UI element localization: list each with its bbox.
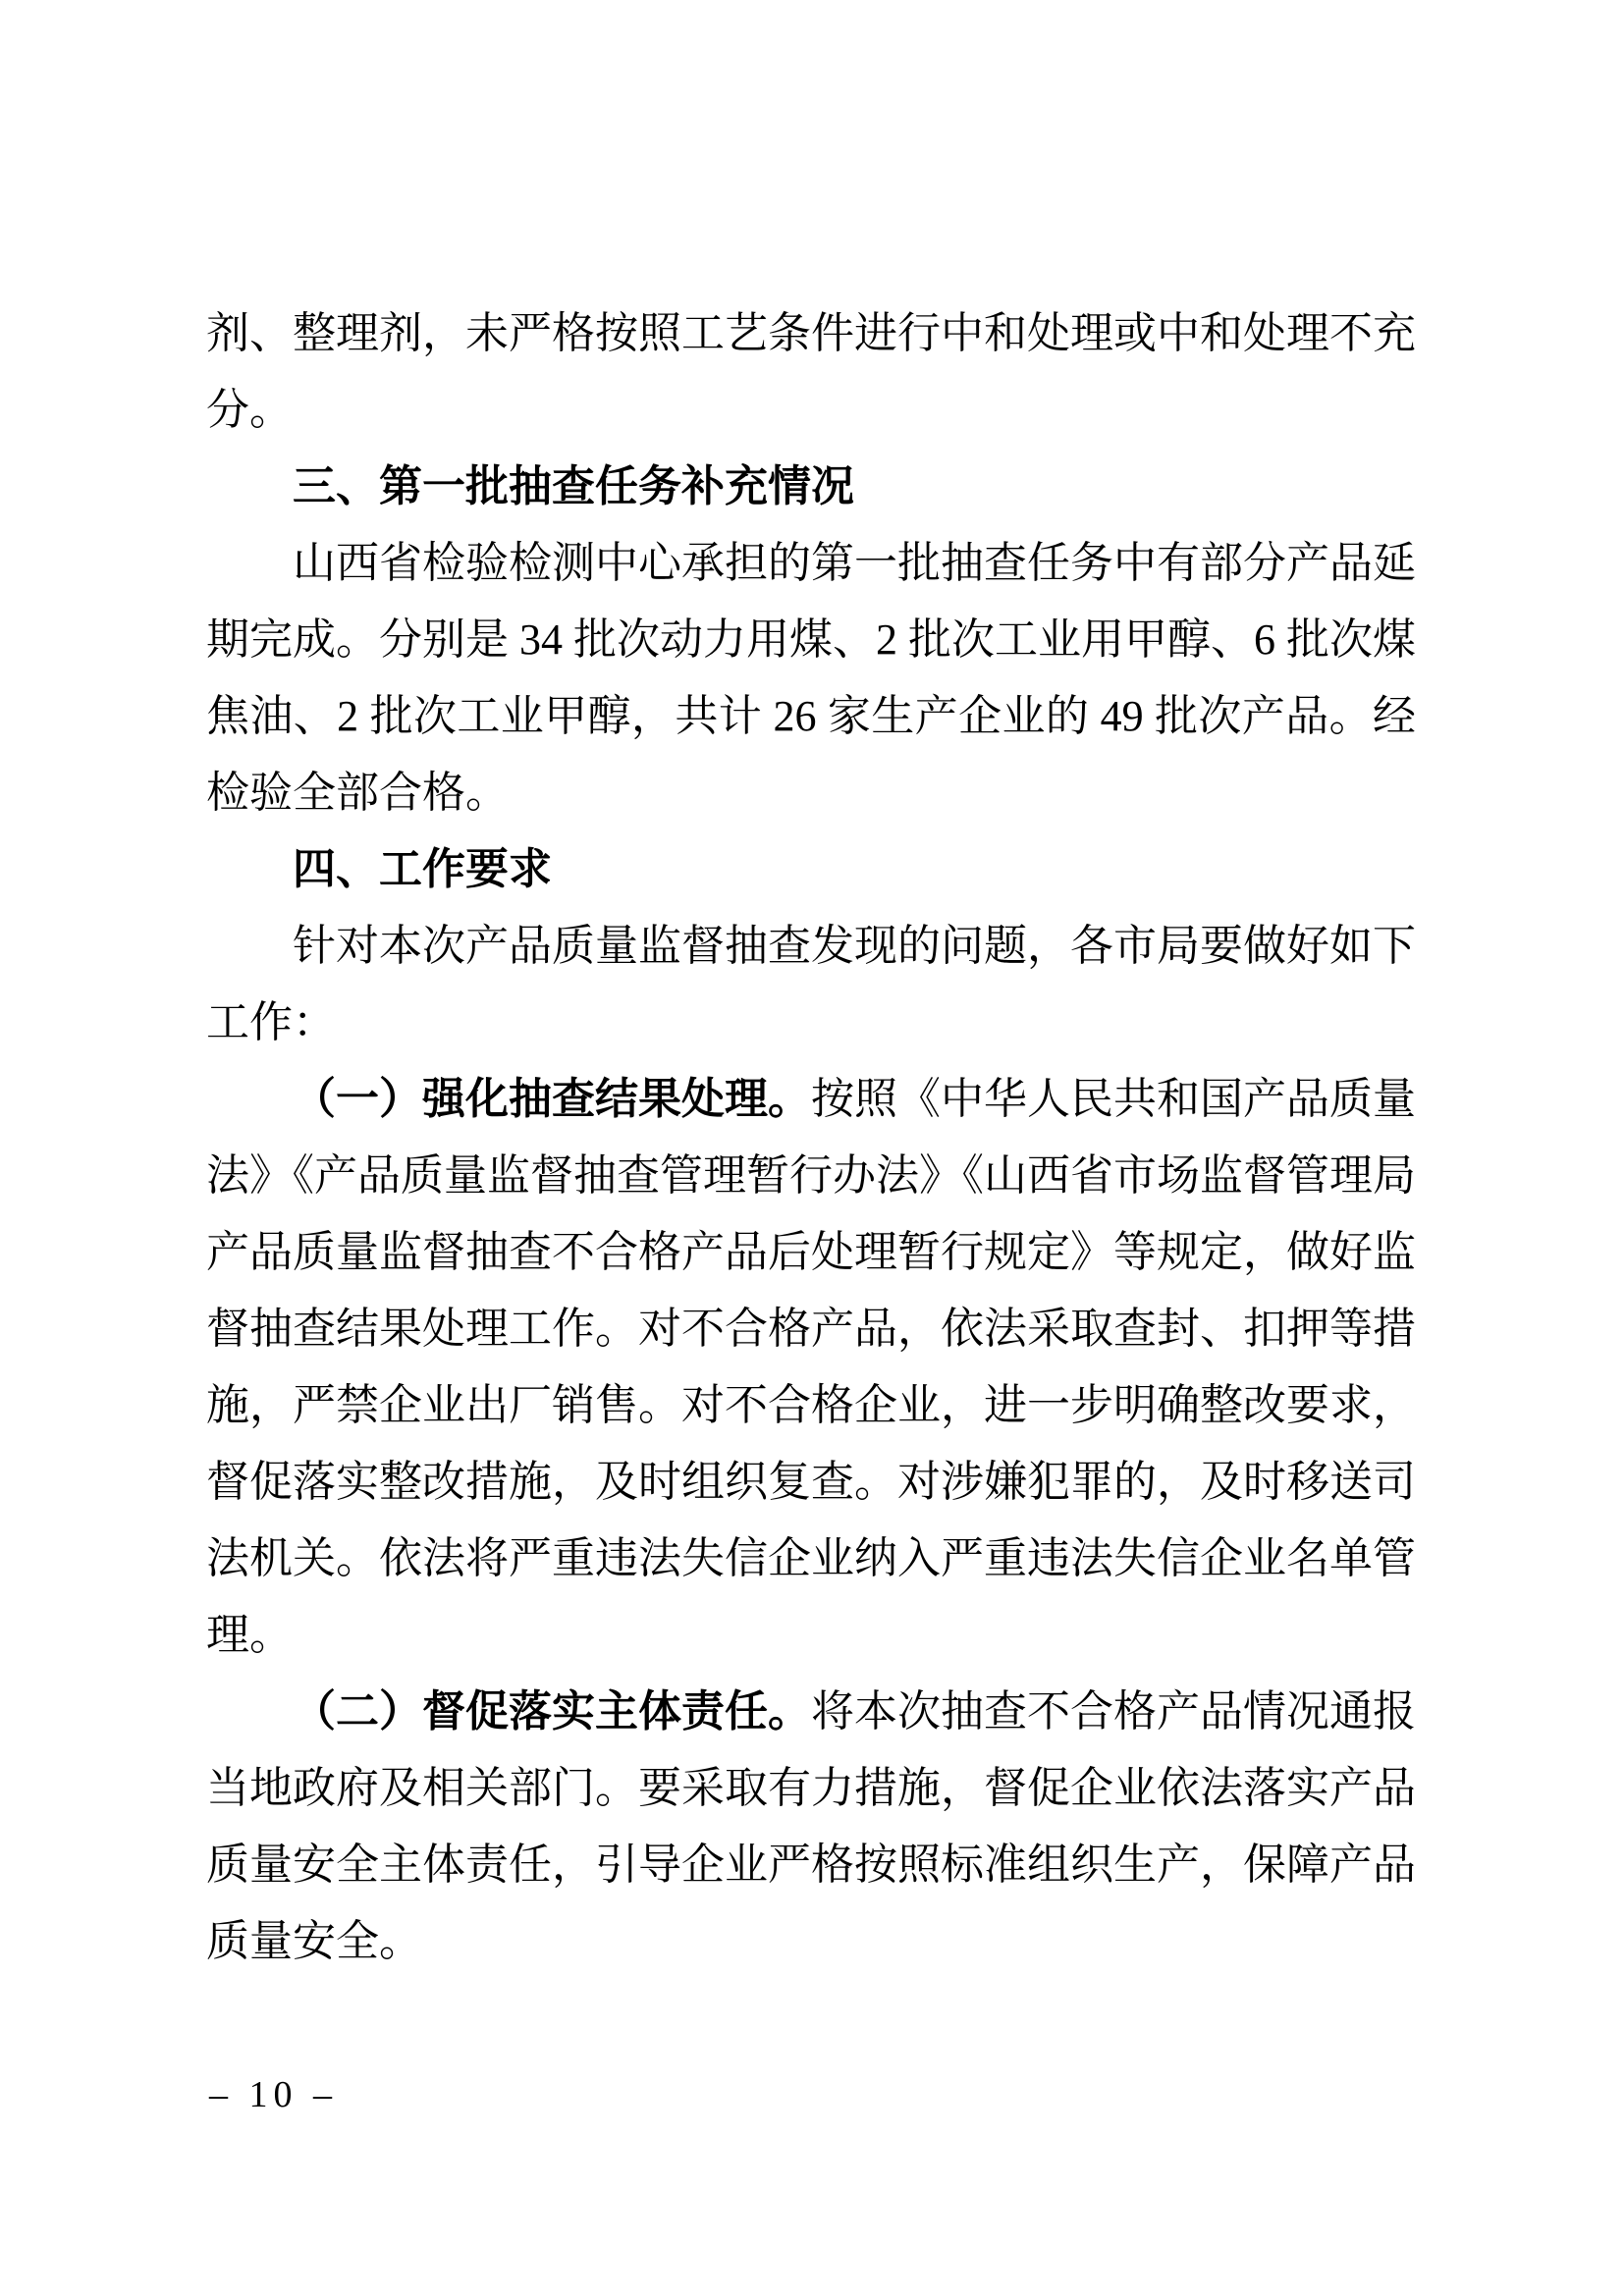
item-2-lead-in: （二）督促落实主体责任。 [293, 1687, 811, 1735]
paragraph-work-intro: 针对本次产品质量监督抽查发现的问题，各市局要做好如下工作： [206, 908, 1416, 1061]
document-page: 剂、整理剂，未严格按照工艺条件进行中和处理或中和处理不充分。 三、第一批抽查任务… [0, 0, 1624, 2296]
section-heading-3: 三、第一批抽查任务补充情况 [206, 449, 1416, 525]
page-number: – 10 – [209, 2073, 338, 2116]
paragraph-continuation: 剂、整理剂，未严格按照工艺条件进行中和处理或中和处理不充分。 [206, 295, 1416, 449]
item-1-body: 按照《中华人民共和国产品质量法》《产品质量监督抽查管理暂行办法》《山西省市场监督… [206, 1075, 1416, 1659]
paragraph-item-2: （二）督促落实主体责任。将本次抽查不合格产品情况通报当地政府及相关部门。要采取有… [206, 1674, 1416, 1980]
document-text-block: 剂、整理剂，未严格按照工艺条件进行中和处理或中和处理不充分。 三、第一批抽查任务… [206, 295, 1416, 1980]
section-heading-4: 四、工作要求 [206, 831, 1416, 908]
paragraph-item-1: （一）强化抽查结果处理。按照《中华人民共和国产品质量法》《产品质量监督抽查管理暂… [206, 1061, 1416, 1674]
paragraph-batch-supplement: 山西省检验检测中心承担的第一批抽查任务中有部分产品延期完成。分别是 34 批次动… [206, 525, 1416, 831]
item-1-lead-in: （一）强化抽查结果处理。 [293, 1075, 811, 1123]
